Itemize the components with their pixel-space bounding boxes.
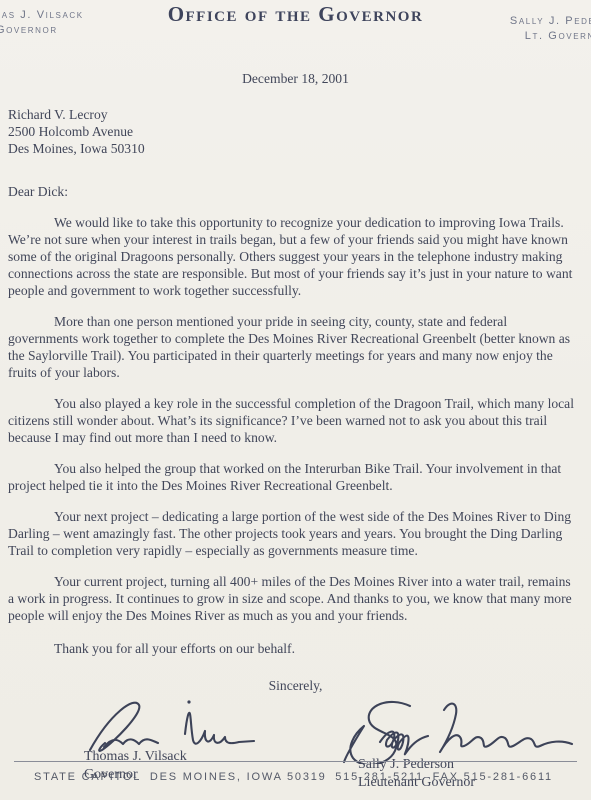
letter-body: We would like to take this opportunity t… xyxy=(8,214,575,624)
body-paragraph: Your next project – dedicating a large p… xyxy=(8,508,575,559)
footer-phone: 515 281-5211 xyxy=(335,769,424,786)
body-paragraph: Your current project, turning all 400+ m… xyxy=(8,573,575,624)
footer-state-capitol: STATE CAPITOL xyxy=(34,769,141,786)
letterhead: Thomas J. Vilsack Governor Office of the… xyxy=(0,0,591,46)
closing-line: Thank you for all your efforts on our be… xyxy=(8,640,575,657)
salutation: Dear Dick: xyxy=(8,183,591,200)
recipient-city: Des Moines, Iowa 50310 xyxy=(8,140,591,157)
body-paragraph: We would like to take this opportunity t… xyxy=(8,214,575,299)
footer-items: STATE CAPITOL DES MOINES, IOWA 50319 515… xyxy=(0,769,591,786)
body-paragraph: You also played a key role in the succes… xyxy=(8,395,575,446)
letter-page: Thomas J. Vilsack Governor Office of the… xyxy=(0,0,591,800)
footer-divider xyxy=(14,761,577,762)
pederson-signature-icon xyxy=(336,698,580,764)
letter-footer: STATE CAPITOL DES MOINES, IOWA 50319 515… xyxy=(0,761,591,786)
footer-address: DES MOINES, IOWA 50319 xyxy=(150,769,327,786)
letter-date: December 18, 2001 xyxy=(0,70,591,87)
letterhead-lt-governor-title: Lt. Governor xyxy=(510,29,591,44)
letterhead-title: Office of the Governor xyxy=(0,6,591,23)
letterhead-lt-governor-block: Sally J. Pederson Lt. Governor xyxy=(510,14,591,44)
body-paragraph: You also helped the group that worked on… xyxy=(8,460,575,494)
body-paragraph: More than one person mentioned your prid… xyxy=(8,313,575,381)
recipient-address: Richard V. Lecroy 2500 Holcomb Avenue De… xyxy=(8,106,591,157)
recipient-street: 2500 Holcomb Avenue xyxy=(8,123,591,140)
letterhead-governor-title: Governor xyxy=(0,23,84,38)
recipient-name: Richard V. Lecroy xyxy=(8,106,591,123)
valediction: Sincerely, xyxy=(0,677,591,694)
footer-fax: FAX 515-281-6611 xyxy=(433,769,553,786)
letterhead-lt-governor-name: Sally J. Pederson xyxy=(510,14,591,29)
